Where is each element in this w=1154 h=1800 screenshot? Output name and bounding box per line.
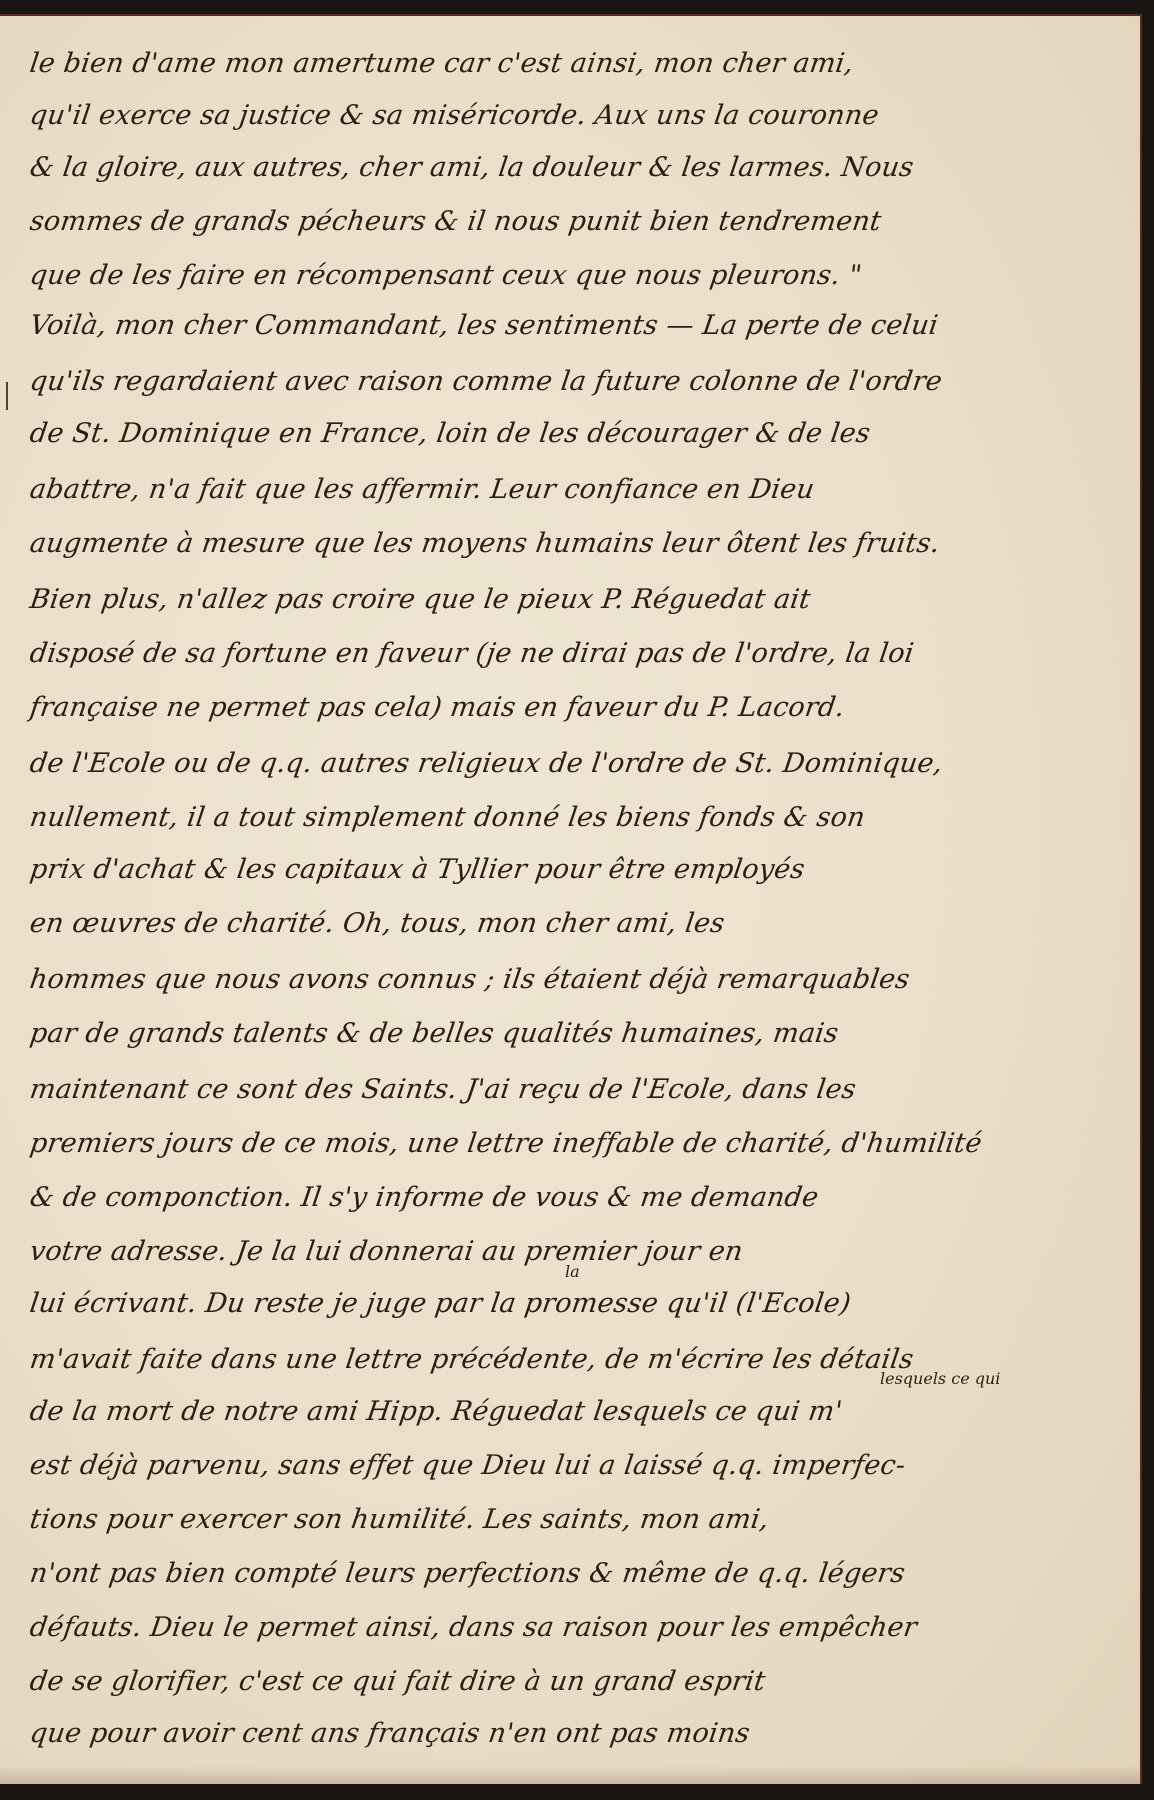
text-line: de se glorifier, c'est ce qui fait dire … xyxy=(27,1662,1123,1702)
text-line: de la mort de notre ami Hipp. Réguedat l… xyxy=(27,1392,1123,1432)
text-line: de St. Dominique en France, loin de les … xyxy=(27,414,1123,454)
text-line: & la gloire, aux autres, cher ami, la do… xyxy=(27,148,1123,188)
text-line: abattre, n'a fait que les affermir. Leur… xyxy=(27,470,1123,510)
text-line: n'ont pas bien compté leurs perfections … xyxy=(27,1554,1123,1594)
text-line: que de les faire en récompensant ceux qu… xyxy=(27,256,1123,296)
letter-page: le bien d'ame mon amertume car c'est ain… xyxy=(0,14,1142,1784)
margin-ink-mark xyxy=(6,382,8,410)
text-line: qu'il exerce sa justice & sa miséricorde… xyxy=(27,96,1123,136)
text-line: prix d'achat & les capitaux à Tyllier po… xyxy=(27,850,1123,890)
text-line: premiers jours de ce mois, une lettre in… xyxy=(27,1124,1123,1164)
text-line: est déjà parvenu, sans effet que Dieu lu… xyxy=(27,1446,1123,1486)
interlinear-insertion: la xyxy=(565,1262,580,1281)
text-line: défauts. Dieu le permet ainsi, dans sa r… xyxy=(27,1608,1123,1648)
interlinear-insertion: lesquels ce qui xyxy=(880,1369,1000,1388)
text-line: Bien plus, n'allez pas croire que le pie… xyxy=(27,580,1123,620)
text-line: en œuvres de charité. Oh, tous, mon cher… xyxy=(27,904,1123,944)
text-line: de l'Ecole ou de q.q. autres religieux d… xyxy=(27,744,1123,784)
text-line: sommes de grands pécheurs & il nous puni… xyxy=(27,202,1123,242)
text-line: nullement, il a tout simplement donné le… xyxy=(27,798,1123,838)
text-line: que pour avoir cent ans français n'en on… xyxy=(27,1714,1123,1754)
text-line: le bien d'ame mon amertume car c'est ain… xyxy=(27,44,1123,84)
text-line: Voilà, mon cher Commandant, les sentimen… xyxy=(27,306,1123,346)
text-line: hommes que nous avons connus ; ils étaie… xyxy=(27,960,1123,1000)
text-line: disposé de sa fortune en faveur (je ne d… xyxy=(27,634,1123,674)
text-line: par de grands talents & de belles qualit… xyxy=(27,1014,1123,1054)
text-line: qu'ils regardaient avec raison comme la … xyxy=(27,362,1123,402)
text-line: maintenant ce sont des Saints. J'ai reçu… xyxy=(27,1070,1123,1110)
text-line: française ne permet pas cela) mais en fa… xyxy=(27,688,1123,728)
text-line: lui écrivant. Du reste je juge par la pr… xyxy=(27,1284,1123,1324)
text-line: & de componction. Il s'y informe de vous… xyxy=(27,1178,1123,1218)
text-line: tions pour exercer son humilité. Les sai… xyxy=(27,1500,1123,1540)
text-line: augmente à mesure que les moyens humains… xyxy=(27,524,1123,564)
